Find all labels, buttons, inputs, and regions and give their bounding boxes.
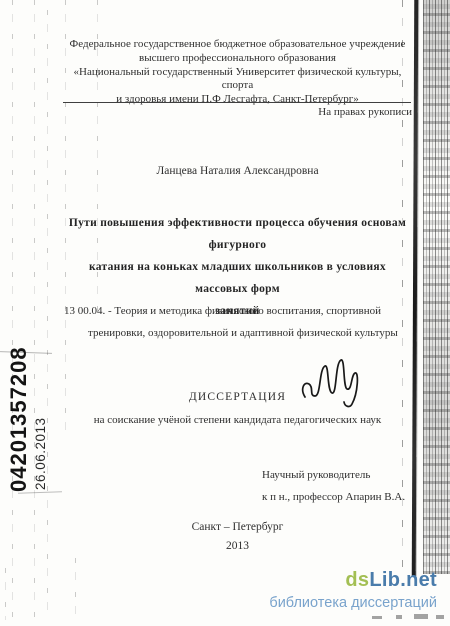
supervisor-block: Научный руководитель к п н., профессор А… — [262, 464, 405, 508]
dslib-logo[interactable]: dsLib.net — [345, 569, 437, 592]
registration-date-stamp: 26.06.2013 — [33, 417, 48, 490]
scan-artifact-line — [12, 0, 13, 626]
dslib-subtitle[interactable]: библиотека диссертаций — [269, 595, 437, 611]
header-divider — [63, 102, 411, 103]
dissertation-title-page: 04201357208 26.06.2013 Федеральное госуд… — [0, 0, 450, 626]
supervisor-label: Научный руководитель — [262, 464, 405, 486]
scan-noise-mark — [436, 615, 444, 619]
scan-artifact-book-spine — [412, 0, 419, 576]
scan-noise-mark — [396, 615, 402, 619]
institution-line: «Национальный государственный Университе… — [63, 66, 412, 94]
registration-number-stamp: 04201357208 — [6, 346, 32, 492]
scan-noise-mark — [414, 614, 428, 619]
dslib-logo-prefix: ds — [345, 569, 369, 591]
supervisor-name: к п н., профессор Апарин В.А. — [262, 486, 405, 508]
dslib-logo-suffix: Lib.net — [369, 569, 437, 591]
manuscript-rights-note: На правах рукописи — [63, 106, 412, 118]
institution-header: Федеральное государственное бюджетное об… — [63, 38, 412, 107]
institution-line: Федеральное государственное бюджетное об… — [63, 38, 412, 52]
year-line: 2013 — [63, 540, 412, 552]
degree-line: на соискание учёной степени кандидата пе… — [63, 414, 412, 426]
scan-artifact-line — [5, 568, 6, 620]
scan-artifact-line — [47, 10, 48, 616]
specialty-line: тренировки, оздоровительной и адаптивной… — [88, 327, 398, 339]
scan-noise-mark — [372, 616, 382, 619]
scan-artifact-noise-band — [423, 0, 450, 574]
document-type-label: ДИССЕРТАЦИЯ — [63, 391, 412, 403]
title-line: Пути повышения эффективности процесса об… — [63, 212, 412, 256]
author-name: Ланцева Наталия Александровна — [63, 165, 412, 177]
scan-artifact-line — [34, 0, 35, 626]
city-line: Санкт – Петербург — [63, 521, 412, 533]
title-line: катания на коньках младших школьников в … — [63, 256, 412, 300]
institution-line: высшего профессионального образования — [63, 52, 412, 66]
specialty-line: 13 00.04. - Теория и методика физическог… — [64, 305, 381, 317]
scan-artifact-line — [75, 558, 76, 620]
institution-line: и здоровья имени П.Ф Лесгафта, Санкт-Пет… — [63, 93, 412, 107]
